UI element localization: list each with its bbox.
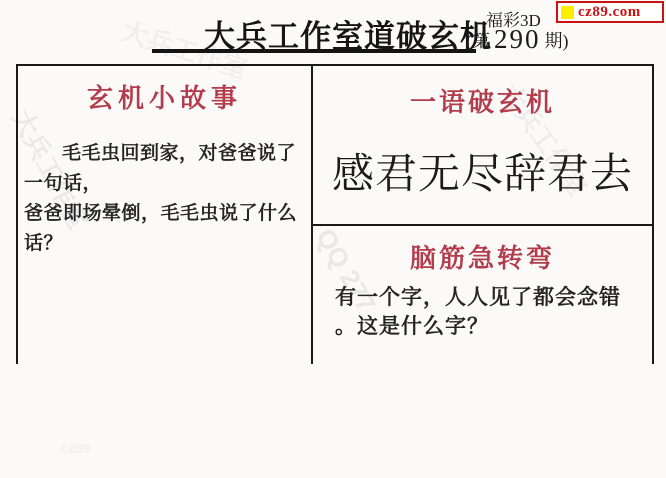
brain-teaser-text: 有一个字，人人见了都会念错 。这是什么字？ [313, 283, 652, 341]
story-line: 毛毛虫回到家，对爸爸说了一句话， [24, 139, 305, 199]
mystery-story-text: 毛毛虫回到家，对爸爸说了一句话， 爸爸即场晕倒，毛毛虫说了什么话？ [18, 139, 311, 259]
issue-suffix: 期) [545, 27, 569, 53]
content-sheet: 玄机小故事 毛毛虫回到家，对爸爸说了一句话， 爸爸即场晕倒，毛毛虫说了什么话？ … [16, 64, 654, 364]
watermark-text: cz89 [60, 440, 90, 456]
mystery-story-title: 玄机小故事 [18, 78, 311, 115]
issue-number: 290 [494, 24, 541, 55]
mystery-phrase: 感君无尽辞君去 [313, 141, 652, 201]
yellow-square-icon [561, 6, 574, 19]
riddle-line: 。这是什么字？ [335, 312, 642, 341]
site-url: cz89.com [578, 4, 641, 21]
issue-prefix: (第 [466, 27, 490, 53]
riddle-line: 有一个字，人人见了都会念错 [335, 283, 642, 312]
right-column: 一语破玄机 感君无尽辞君去 脑筋急转弯 有一个字，人人见了都会念错 。这是什么字… [313, 66, 652, 364]
phrase-box: 一语破玄机 感君无尽辞君去 [313, 66, 652, 226]
brain-teaser-box: 脑筋急转弯 有一个字，人人见了都会念错 。这是什么字？ [313, 226, 652, 364]
site-banner-link[interactable]: cz89.com [556, 1, 664, 23]
phrase-box-title: 一语破玄机 [313, 82, 652, 119]
story-line: 爸爸即场晕倒，毛毛虫说了什么话？ [24, 199, 305, 259]
issue-number-line: (第 290 期) [466, 24, 569, 55]
mystery-story-box: 玄机小故事 毛毛虫回到家，对爸爸说了一句话， 爸爸即场晕倒，毛毛虫说了什么话？ [18, 66, 313, 364]
brain-teaser-title: 脑筋急转弯 [313, 238, 652, 275]
title-underline [152, 49, 476, 53]
